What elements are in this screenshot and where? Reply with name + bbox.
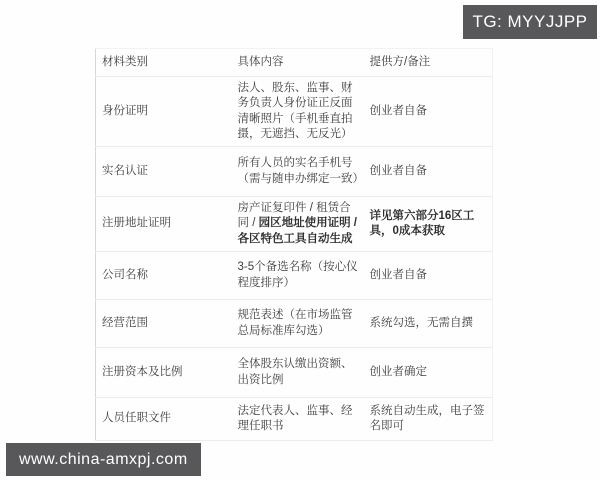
cell-content: 规范表述（在市场监管总局标准库勾选） [232, 300, 364, 348]
cell-category: 人员任职文件 [96, 398, 232, 441]
table-row: 实名认证所有人员的实名手机号（需与随申办绑定一致）创业者自备 [96, 147, 493, 197]
page: TG: MYYJJPP 材料类别 具体内容 提供方/备注 身份证明法人、股东、监… [0, 0, 600, 480]
cell-provider: 系统自动生成，电子签名即可 [364, 398, 493, 441]
cell-content: 所有人员的实名手机号（需与随申办绑定一致） [232, 147, 364, 197]
cell-content: 全体股东认缴出资额、出资比例 [232, 348, 364, 398]
table-body: 身份证明法人、股东、监事、财务负责人身份证正反面清晰照片（手机垂直拍摄，无遮挡、… [96, 77, 493, 441]
cell-provider: 详见第六部分16区工具，0成本获取 [364, 197, 493, 252]
table-row: 身份证明法人、股东、监事、财务负责人身份证正反面清晰照片（手机垂直拍摄，无遮挡、… [96, 77, 493, 147]
cell-category: 身份证明 [96, 77, 232, 147]
cell-category: 注册资本及比例 [96, 348, 232, 398]
cell-content: 3-5个备选名称（按心仪程度排序） [232, 252, 364, 300]
cell-provider: 系统勾选，无需自撰 [364, 300, 493, 348]
materials-table: 材料类别 具体内容 提供方/备注 身份证明法人、股东、监事、财务负责人身份证正反… [95, 48, 493, 441]
cell-category: 实名认证 [96, 147, 232, 197]
cell-provider: 创业者自备 [364, 252, 493, 300]
telegram-contact-badge: TG: MYYJJPP [463, 5, 597, 39]
table-row: 公司名称3-5个备选名称（按心仪程度排序）创业者自备 [96, 252, 493, 300]
cell-provider: 创业者确定 [364, 348, 493, 398]
cell-category: 注册地址证明 [96, 197, 232, 252]
table-header: 材料类别 具体内容 提供方/备注 [96, 49, 493, 77]
header-category: 材料类别 [96, 49, 232, 77]
cell-category: 公司名称 [96, 252, 232, 300]
header-content: 具体内容 [232, 49, 364, 77]
cell-provider: 创业者自备 [364, 77, 493, 147]
cell-content: 法人、股东、监事、财务负责人身份证正反面清晰照片（手机垂直拍摄，无遮挡、无反光） [232, 77, 364, 147]
website-watermark: www.china-amxpj.com [6, 443, 201, 476]
header-provider: 提供方/备注 [364, 49, 493, 77]
cell-category: 经营范围 [96, 300, 232, 348]
table-row: 经营范围规范表述（在市场监管总局标准库勾选）系统勾选，无需自撰 [96, 300, 493, 348]
table-row: 注册地址证明房产证复印件 / 租赁合同 / 园区地址使用证明 / 各区特色工具自… [96, 197, 493, 252]
header-row: 材料类别 具体内容 提供方/备注 [96, 49, 493, 77]
cell-content: 房产证复印件 / 租赁合同 / 园区地址使用证明 / 各区特色工具自动生成 [232, 197, 364, 252]
table-row: 人员任职文件法定代表人、监事、经理任职书系统自动生成，电子签名即可 [96, 398, 493, 441]
cell-provider: 创业者自备 [364, 147, 493, 197]
table-row: 注册资本及比例全体股东认缴出资额、出资比例创业者确定 [96, 348, 493, 398]
cell-content: 法定代表人、监事、经理任职书 [232, 398, 364, 441]
